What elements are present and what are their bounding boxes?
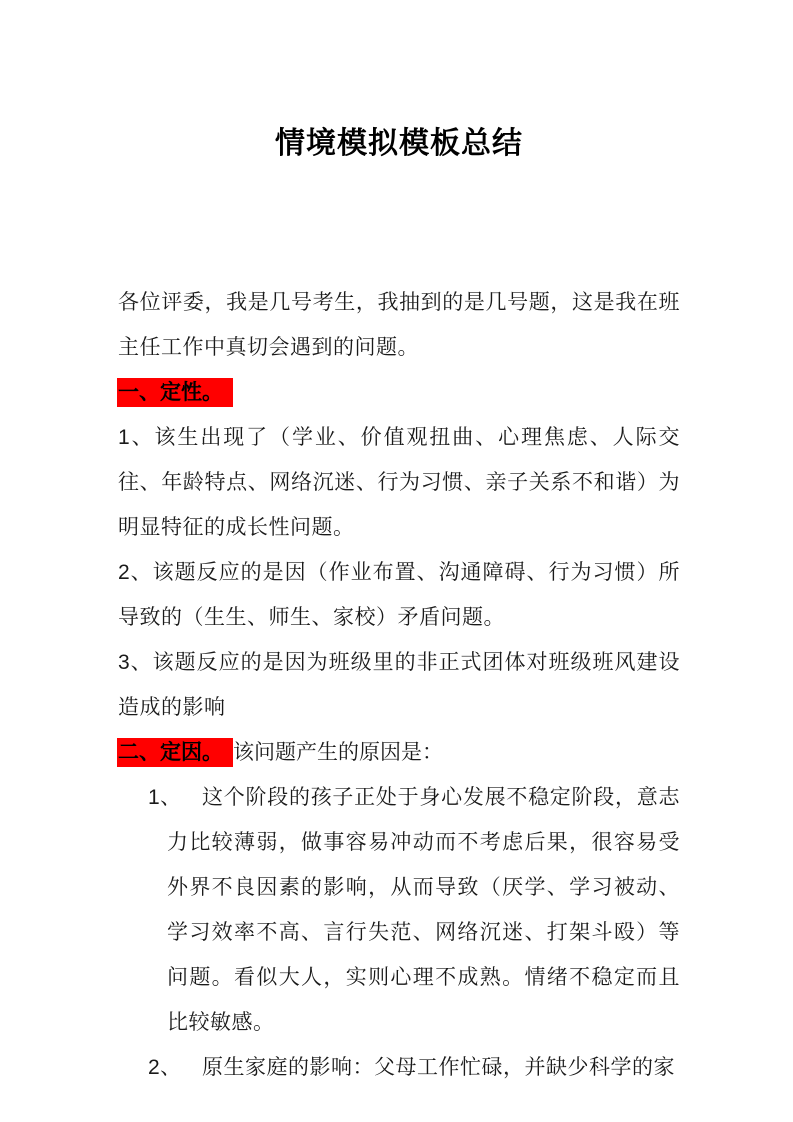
- section-1-heading-line: 一、定性。: [118, 370, 680, 415]
- section-1-paragraph-3: 3、该题反应的是因为班级里的非正式团体对班级班风建设造成的影响: [118, 640, 680, 730]
- list-item-marker: 2、: [148, 1045, 182, 1090]
- section-2-heading-line: 二、定因。该问题产生的原因是：: [118, 730, 680, 775]
- section-2-heading-highlight: 二、定因。: [117, 738, 233, 767]
- section-1-paragraph-2: 2、该题反应的是因（作业布置、沟通障碍、行为习惯）所导致的（生生、师生、家校）矛…: [118, 550, 680, 640]
- section-2-heading-suffix: 该问题产生的原因是：: [233, 741, 443, 764]
- document-content: 情境模拟模板总结 各位评委，我是几号考生，我抽到的是几号题，这是我在班主任工作中…: [0, 0, 793, 1090]
- document-page: 情境模拟模板总结 各位评委，我是几号考生，我抽到的是几号题，这是我在班主任工作中…: [0, 0, 793, 1122]
- section-1-paragraph-1: 1、该生出现了（学业、价值观扭曲、心理焦虑、人际交往、年龄特点、网络沉迷、行为习…: [118, 415, 680, 550]
- list-item-marker: 1、: [148, 775, 182, 820]
- cause-list: 1、这个阶段的孩子正处于身心发展不稳定阶段，意志力比较薄弱，做事容易冲动而不考虑…: [118, 775, 680, 1090]
- intro-paragraph: 各位评委，我是几号考生，我抽到的是几号题，这是我在班主任工作中真切会遇到的问题。: [118, 280, 680, 370]
- list-item: 1、这个阶段的孩子正处于身心发展不稳定阶段，意志力比较薄弱，做事容易冲动而不考虑…: [167, 775, 680, 1045]
- page-title: 情境模拟模板总结: [118, 120, 680, 168]
- section-1-heading-highlight: 一、定性。: [117, 378, 233, 407]
- list-item: 2、原生家庭的影响：父母工作忙碌，并缺少科学的家: [167, 1045, 680, 1090]
- list-item-text: 这个阶段的孩子正处于身心发展不稳定阶段，意志力比较薄弱，做事容易冲动而不考虑后果…: [167, 786, 680, 1034]
- list-item-text: 原生家庭的影响：父母工作忙碌，并缺少科学的家: [202, 1056, 675, 1079]
